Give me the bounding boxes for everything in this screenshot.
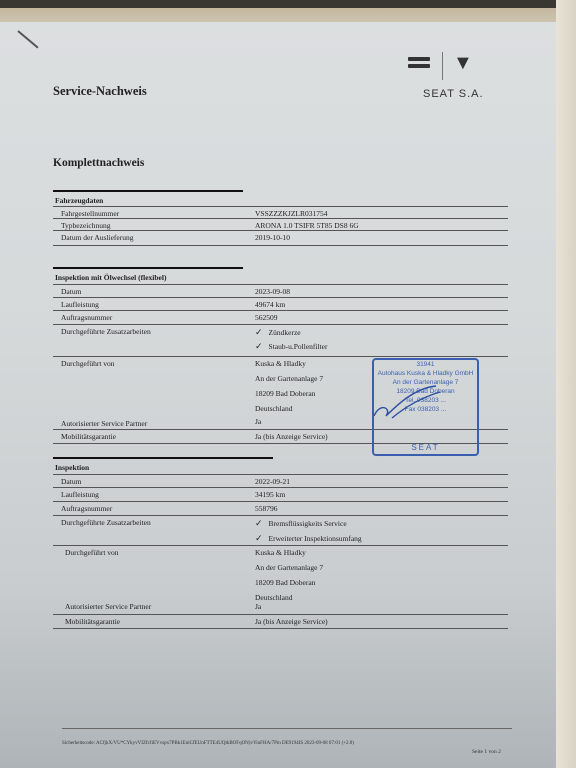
- row-label: Durchgeführte Zusatzarbeiten: [61, 327, 151, 336]
- workshop-country: Deutschland: [255, 593, 293, 602]
- extra-work-item: Zündkerze: [255, 327, 301, 338]
- workshop-name: Kuska & Hladky: [255, 359, 306, 368]
- partner-value: Ja: [255, 417, 261, 426]
- row-label: Durchgeführte Zusatzarbeiten: [61, 518, 151, 527]
- row-label: Durchgeführt von: [61, 359, 115, 368]
- workshop-street: An der Gartenanlage 7: [255, 374, 323, 383]
- row-label: Fahrgestellnummer: [61, 209, 119, 218]
- mileage-value: 49674 km: [255, 300, 285, 309]
- date-value: 2023-09-08: [255, 287, 290, 296]
- brand-logo: ▼: [405, 52, 485, 82]
- table-row: Auftragsnummer 562509: [53, 310, 508, 323]
- service-entry-2: Inspektion Datum 2022-09-21 Laufleistung…: [53, 457, 508, 637]
- workshop-name: Kuska & Hladky: [255, 548, 306, 557]
- mobility-value: Ja (bis Anzeige Service): [255, 617, 328, 626]
- partner-value: Ja: [255, 602, 261, 611]
- section-heading: Fahrzeugdaten: [55, 196, 103, 205]
- row-label: Datum: [61, 477, 81, 486]
- vin-value: VSSZZZKJZLR031754: [255, 209, 328, 218]
- type-value: ARONA 1.0 TSIFR 5T85 DS8 6G: [255, 221, 359, 230]
- workshop-city: 18209 Bad Doberan: [255, 578, 315, 587]
- order-value: 558796: [255, 504, 278, 513]
- mileage-value: 34195 km: [255, 490, 285, 499]
- table-background: [0, 0, 576, 8]
- section-bar: [53, 267, 243, 269]
- section-bar: [53, 457, 273, 459]
- row-label: Datum der Auslieferung: [61, 233, 133, 242]
- section-heading: Inspektion mit Ölwechsel (flexibel): [55, 273, 166, 282]
- section-bar: [53, 190, 243, 192]
- table-row: Durchgeführte Zusatzarbeiten Zündkerze S…: [53, 324, 508, 355]
- signature-icon: [370, 382, 450, 422]
- row-label: Datum: [61, 287, 81, 296]
- logo-divider: [442, 52, 443, 80]
- row-label: Laufleistung: [61, 490, 99, 499]
- extra-work-item: Staub-u.Pollenfilter: [255, 341, 328, 352]
- footer-divider: [62, 728, 512, 729]
- vehicle-section: Fahrzeugdaten Fahrgestellnummer VSSZZZKJ…: [53, 190, 508, 250]
- row-label: Autorisierter Service Partner: [61, 419, 147, 428]
- row-label: Laufleistung: [61, 300, 99, 309]
- mobility-value: Ja (bis Anzeige Service): [255, 432, 328, 441]
- delivery-date-value: 2019-10-10: [255, 233, 290, 242]
- table-row: Laufleistung 49674 km: [53, 297, 508, 310]
- workshop-street: An der Gartenanlage 7: [255, 563, 323, 572]
- order-value: 562509: [255, 313, 278, 322]
- seat-logo-icon: [408, 57, 430, 75]
- row-label: Durchgeführt von: [65, 548, 119, 557]
- row-label: Autorisierter Service Partner: [65, 602, 151, 611]
- security-code: Sicherheitscode: ACfjkX/VU*CYkyvVIZfcfiE…: [62, 741, 354, 746]
- table-row: Auftragsnummer 558796: [53, 501, 508, 514]
- date-value: 2022-09-21: [255, 477, 290, 486]
- row-label: Mobilitätsgarantie: [61, 432, 116, 441]
- row-label: Typbezeichnung: [61, 221, 110, 230]
- page-number: Seite 1 von 2: [472, 749, 501, 755]
- table-row: Durchgeführt von Kuska & Hladky An der G…: [53, 545, 508, 604]
- table-row: Datum 2023-09-08: [53, 284, 508, 297]
- cupra-logo-icon: ▼: [453, 52, 473, 74]
- stamp-line: 31941: [374, 360, 477, 369]
- stamp-line: Autohaus Kuska & Hladky GmbH: [374, 369, 477, 378]
- table-row: Datum der Auslieferung 2019-10-10: [53, 230, 508, 246]
- row-label: Mobilitätsgarantie: [65, 617, 120, 626]
- table-row: Datum 2022-09-21: [53, 474, 508, 487]
- extra-work-item: Erweiterter Inspektionsumfang: [255, 533, 362, 544]
- stamp-brand: SEAT: [374, 443, 477, 452]
- row-label: Auftragsnummer: [61, 313, 112, 322]
- table-row: Durchgeführte Zusatzarbeiten Bremsflüssi…: [53, 515, 508, 546]
- section-heading: Inspektion: [55, 463, 89, 472]
- document-subtitle: Komplettnachweis: [53, 157, 144, 169]
- row-label: Auftragsnummer: [61, 504, 112, 513]
- page-edge: [556, 0, 576, 768]
- extra-work-item: Bremsflüssigkeits Service: [255, 518, 347, 529]
- workshop-city: 18209 Bad Doberan: [255, 389, 315, 398]
- table-row: Mobilitätsgarantie Ja (bis Anzeige Servi…: [53, 614, 508, 629]
- workshop-country: Deutschland: [255, 404, 293, 413]
- table-row: Laufleistung 34195 km: [53, 487, 508, 500]
- document-title: Service-Nachweis: [53, 84, 147, 99]
- brand-name: SEAT S.A.: [423, 88, 484, 100]
- table-row: Autorisierter Service Partner Ja: [53, 602, 508, 614]
